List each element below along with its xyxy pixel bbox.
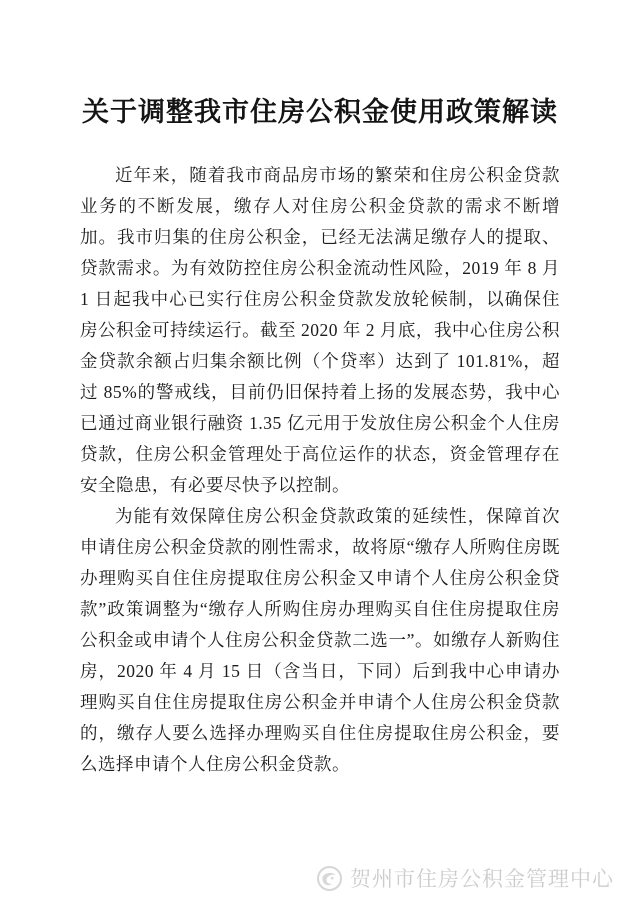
page-title: 关于调整我市住房公积金使用政策解读 [0, 0, 640, 129]
document-page: 关于调整我市住房公积金使用政策解读 近年来，随着我市商品房市场的繁荣和住房公积金… [0, 0, 640, 905]
paragraph-1: 近年来，随着我市商品房市场的繁荣和住房公积金贷款业务的不断发展，缴存人对住房公积… [80, 160, 560, 501]
document-body: 近年来，随着我市商品房市场的繁荣和住房公积金贷款业务的不断发展，缴存人对住房公积… [80, 160, 560, 780]
emblem-icon [316, 865, 343, 892]
paragraph-2: 为能有效保障住房公积金贷款政策的延续性，保障首次申请住房公积金贷款的刚性需求，故… [80, 501, 560, 780]
footer-watermark: 贺州市住房公积金管理中心 [316, 863, 614, 893]
watermark-text: 贺州市住房公积金管理中心 [350, 863, 614, 893]
